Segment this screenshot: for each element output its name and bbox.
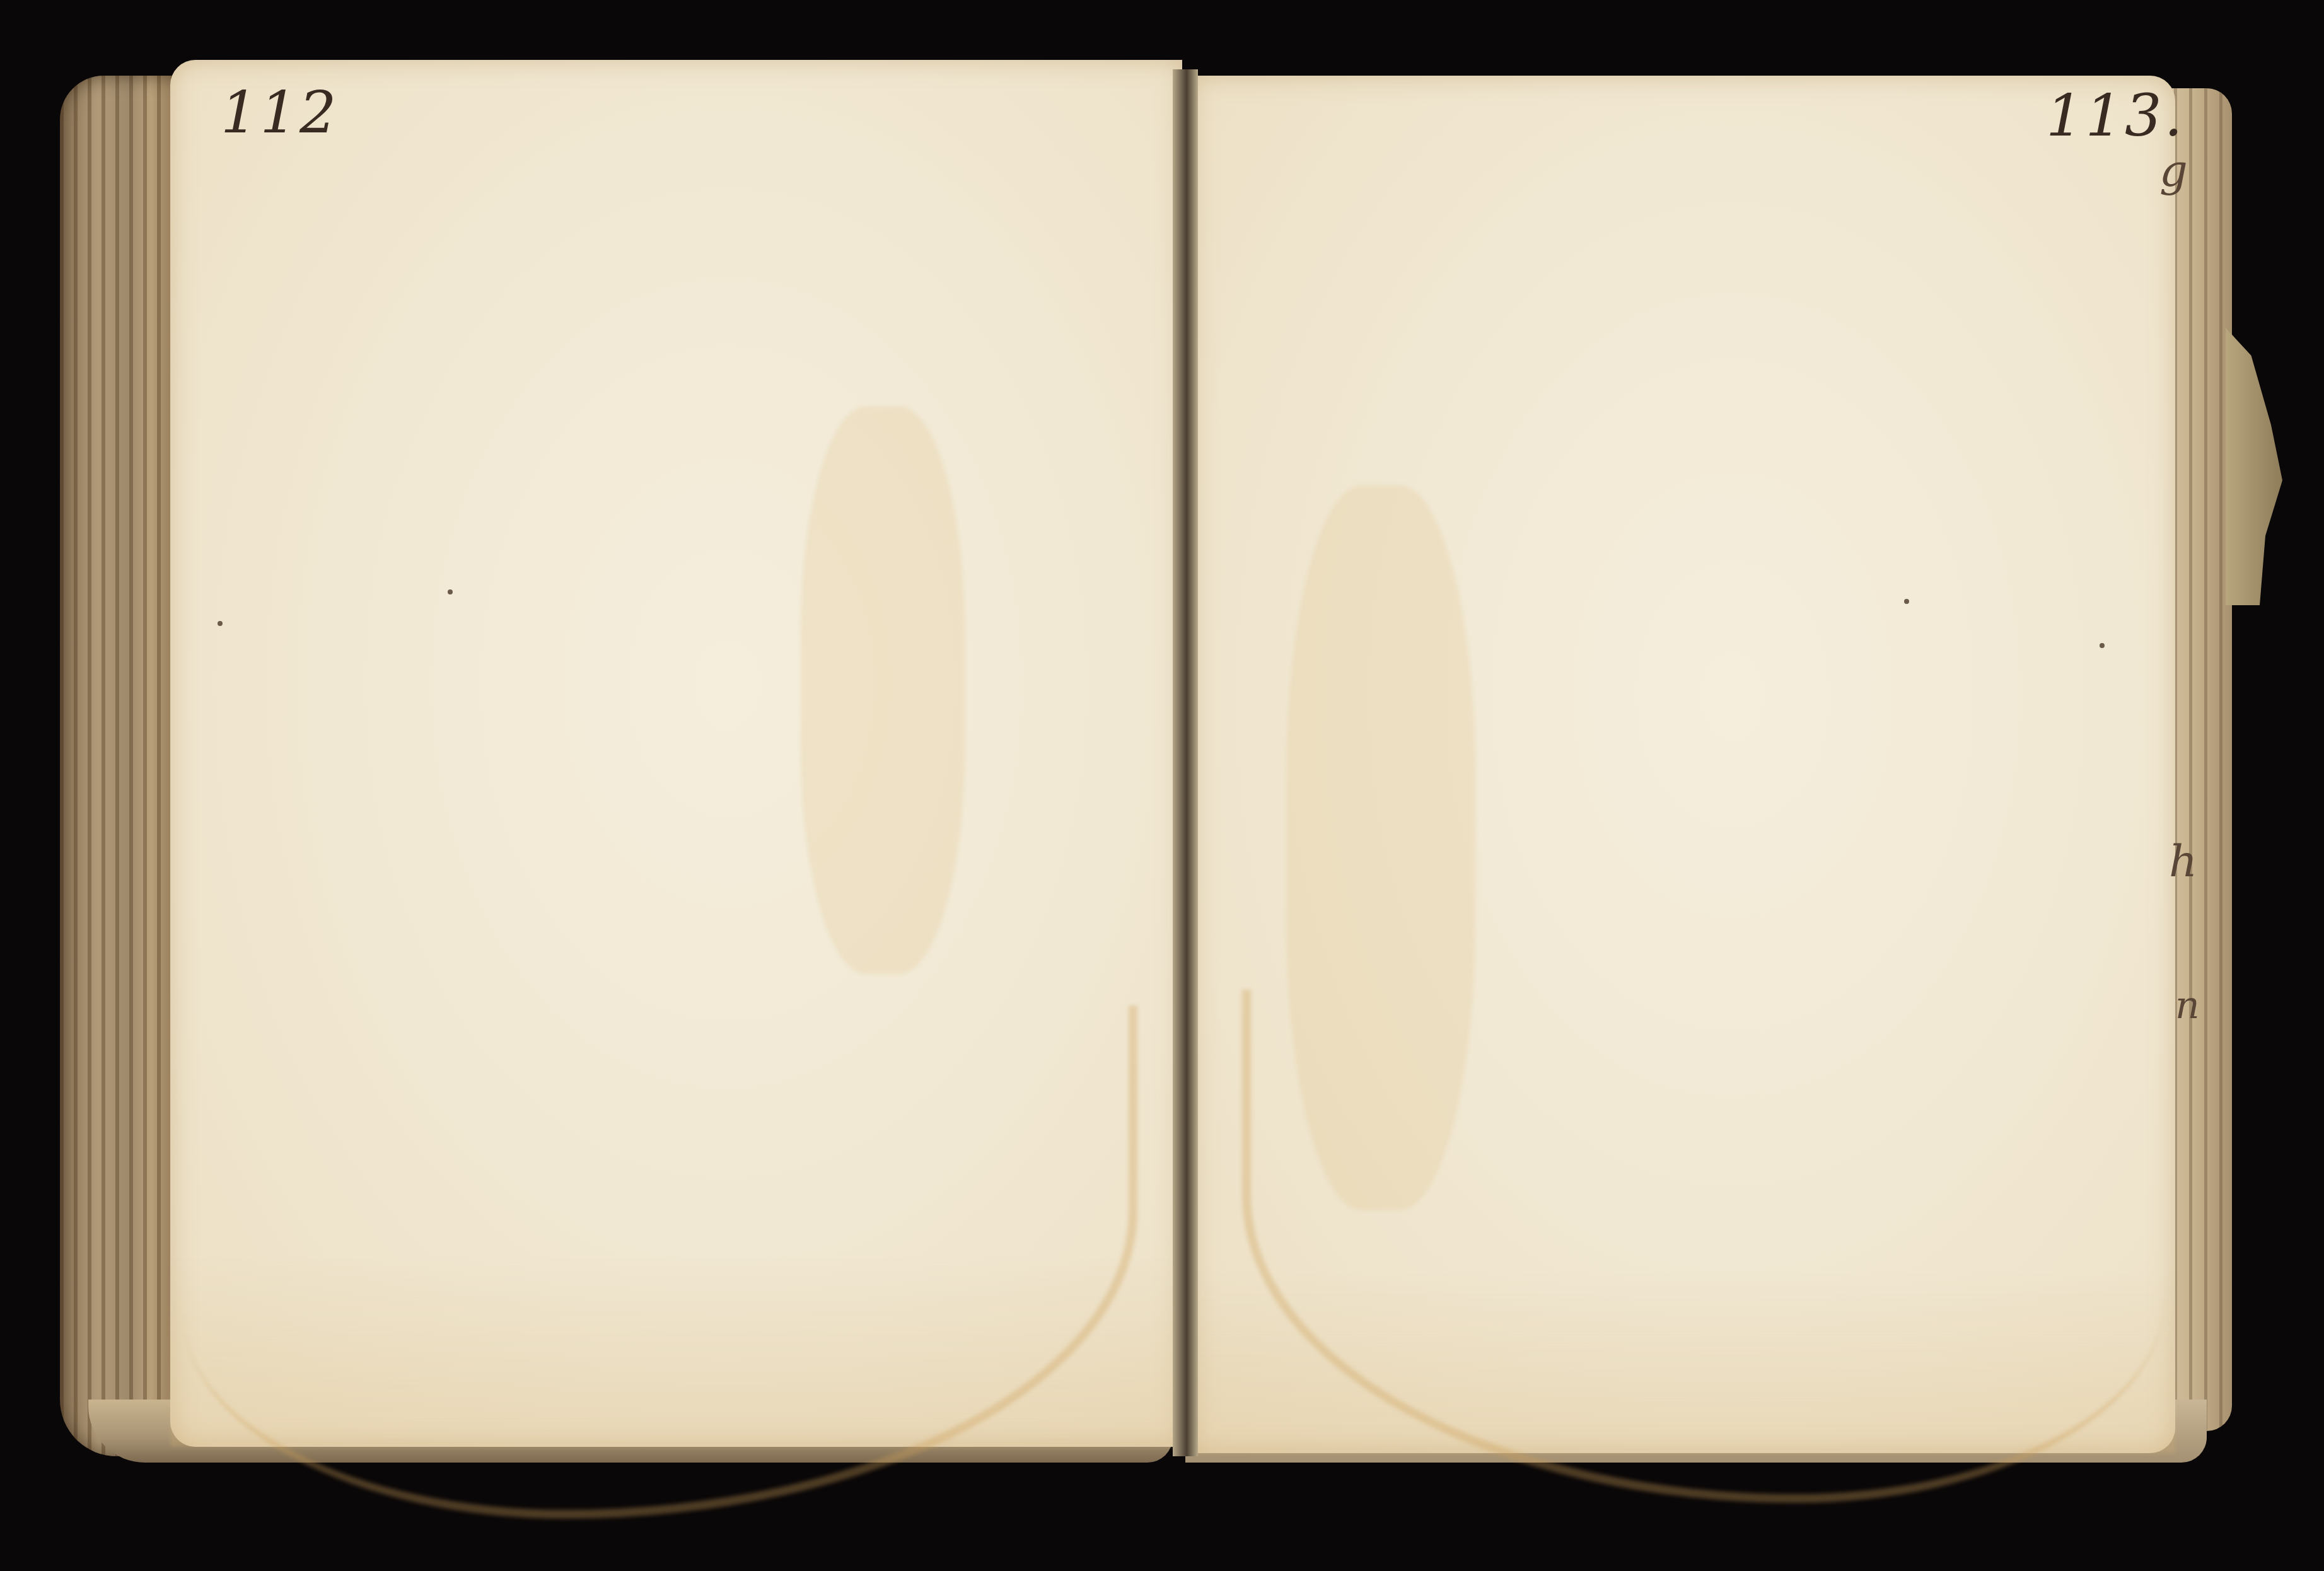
book-gutter [1173, 69, 1198, 1456]
margin-letter: n [2175, 983, 2200, 1028]
water-stain [170, 1258, 1182, 1447]
water-stain [1192, 1273, 2175, 1453]
page-number-right: 113. [2046, 82, 2185, 149]
torn-paper-fragment [2226, 328, 2282, 605]
margin-letter: h [2169, 835, 2197, 887]
water-stain-rim [1242, 990, 2165, 1503]
left-page [170, 60, 1182, 1447]
water-stain-rim [183, 1006, 1137, 1519]
page-number-left: 112 [221, 79, 339, 146]
water-stain [801, 407, 965, 974]
paper-speck [1904, 599, 1909, 604]
paper-speck [448, 589, 453, 594]
open-book: 112 113. g h n [0, 0, 2324, 1571]
paper-speck [218, 621, 223, 626]
paper-speck [2100, 643, 2105, 648]
right-page [1192, 76, 2175, 1453]
margin-letter: g [2159, 145, 2188, 197]
water-stain [1286, 485, 1475, 1210]
